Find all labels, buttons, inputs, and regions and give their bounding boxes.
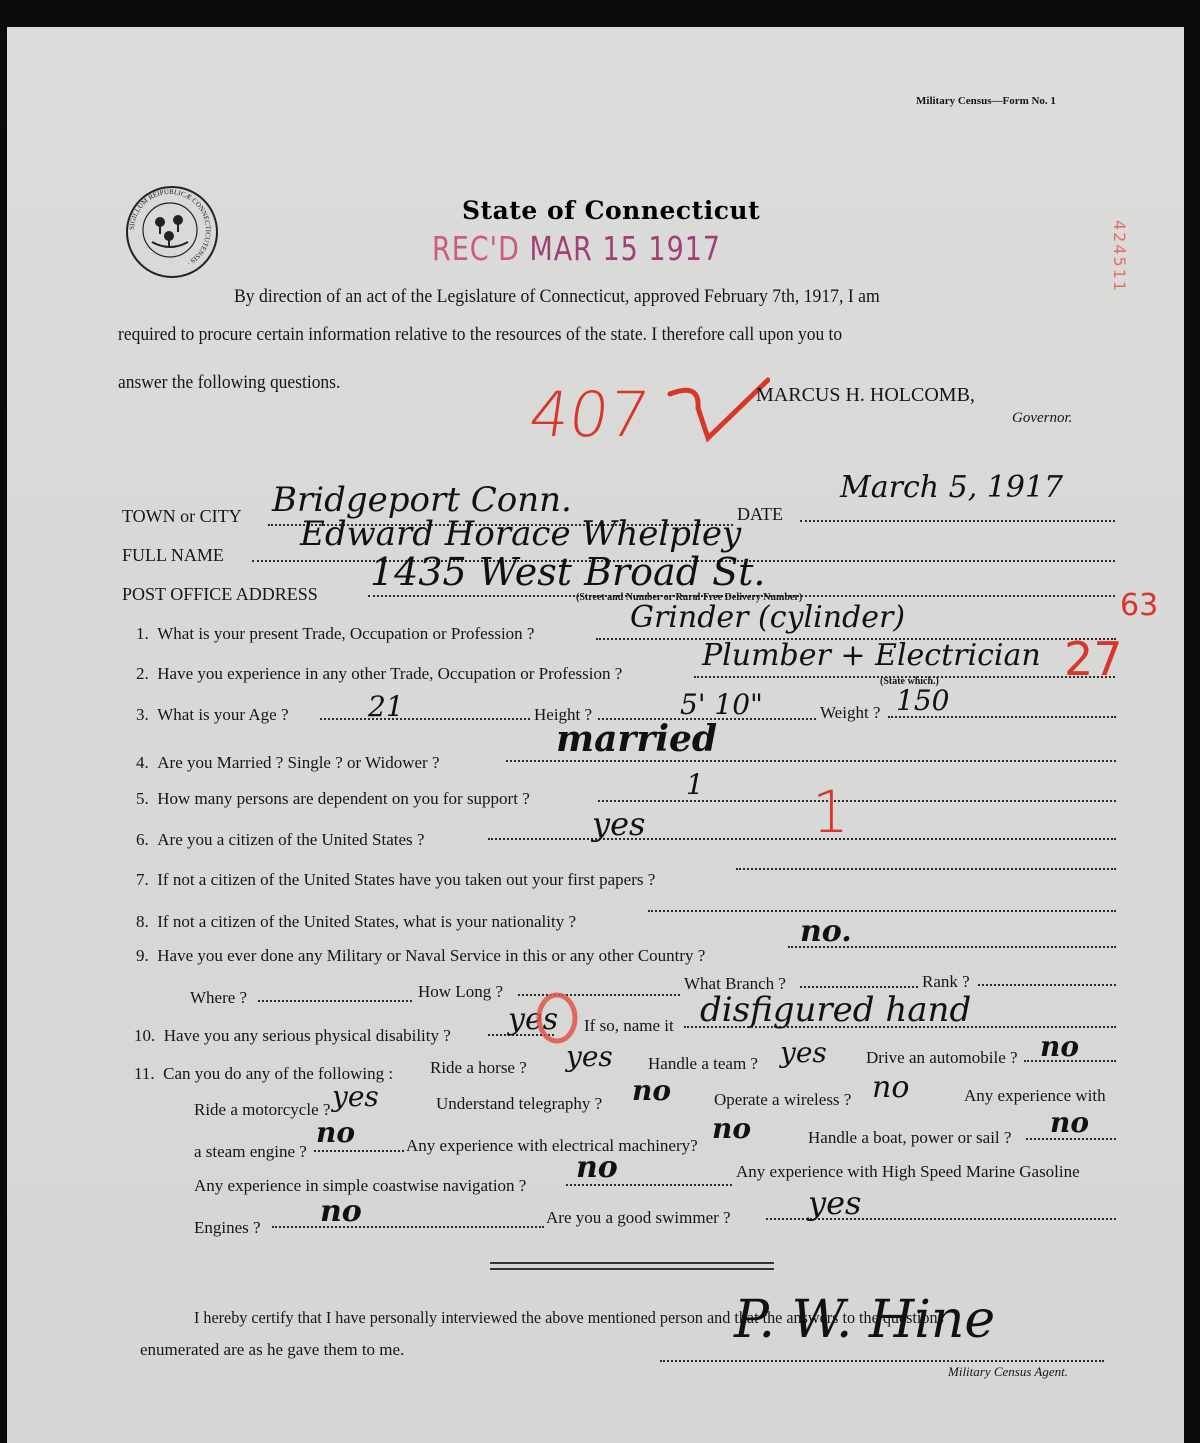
red-circle-mark-icon — [532, 990, 582, 1046]
wireless-field[interactable]: no — [872, 1070, 909, 1105]
ride-horse-field[interactable]: yes — [566, 1040, 613, 1073]
date-line — [800, 520, 1115, 522]
marine-engines-field[interactable]: no — [320, 1194, 362, 1229]
motorcycle-label: Ride a motorcycle ? — [194, 1100, 330, 1120]
q1-answer-field[interactable]: Grinder (cylinder) — [630, 600, 905, 635]
certification-line-2: enumerated are as he gave them to me. — [140, 1340, 404, 1360]
date-field[interactable]: March 5, 1917 — [840, 470, 1063, 505]
question-10: 10. Have you any serious physical disabi… — [134, 1026, 451, 1046]
disability-field[interactable]: disfigured hand — [700, 990, 971, 1030]
handle-team-field[interactable]: yes — [780, 1036, 827, 1069]
stamp-prefix: REC'D — [432, 230, 520, 269]
intro-line-3: answer the following questions. — [118, 372, 340, 394]
question-6: 6. Are you a citizen of the United State… — [136, 830, 424, 850]
rank-label: Rank ? — [922, 972, 970, 992]
divider-line-bottom — [490, 1268, 774, 1270]
state-seal-icon: SIGILLUM REIPUBLICÆ CONNECTICUTENSIS · — [126, 186, 218, 278]
marine-lead: Any experience with High Speed Marine Ga… — [736, 1162, 1080, 1182]
full-name-label: FULL NAME — [122, 545, 224, 566]
q8-line — [648, 910, 1116, 912]
age-line — [320, 718, 530, 720]
question-9: 9. Have you ever done any Military or Na… — [136, 946, 705, 966]
q5-answer-field[interactable]: 1 — [686, 768, 704, 801]
marine-engines-label: Engines ? — [194, 1218, 261, 1238]
handle-team-label: Handle a team ? — [648, 1054, 758, 1074]
swimmer-label: Are you a good swimmer ? — [546, 1208, 731, 1228]
q5-line — [598, 800, 1116, 802]
form-number: Military Census—Form No. 1 — [916, 95, 1056, 107]
how-long-label: How Long ? — [418, 982, 503, 1002]
state-title: State of Connecticut — [462, 196, 760, 225]
red-check-mark-icon — [660, 376, 770, 446]
question-2: 2. Have you experience in any other Trad… — [136, 664, 622, 684]
what-branch-field[interactable] — [800, 986, 918, 988]
ride-horse-label: Ride a horse ? — [430, 1058, 527, 1078]
telegraphy-field[interactable]: no — [632, 1074, 671, 1107]
boat-label: Handle a boat, power or sail ? — [808, 1128, 1011, 1148]
q5-red-mark: 1 — [812, 778, 849, 846]
q4-answer-field[interactable]: married — [556, 718, 717, 760]
height-field[interactable]: 5' 10" — [680, 688, 763, 721]
side-number-stamp: 424511 — [1110, 220, 1129, 293]
question-1: 1. What is your present Trade, Occupatio… — [136, 624, 534, 644]
boat-field[interactable]: no — [1050, 1106, 1089, 1139]
weight-field[interactable]: 150 — [896, 684, 949, 717]
age-field[interactable]: 21 — [368, 690, 404, 723]
question-3: 3. What is your Age ? — [136, 705, 289, 725]
agent-signature[interactable]: P. W. Hine — [734, 1290, 995, 1350]
question-4: 4. Are you Married ? Single ? or Widower… — [136, 753, 440, 773]
drive-auto-field[interactable]: no — [1040, 1030, 1079, 1063]
steam-experience-lead: Any experience with — [964, 1086, 1106, 1106]
weight-label: Weight ? — [820, 703, 880, 723]
question-7: 7. If not a citizen of the United States… — [136, 870, 655, 890]
intro-line-2: required to procure certain information … — [118, 324, 842, 346]
question-5: 5. How many persons are dependent on you… — [136, 789, 530, 809]
q2-answer-field[interactable]: Plumber + Electrician — [702, 638, 1041, 673]
electrical-label: Any experience with electrical machinery… — [406, 1136, 698, 1156]
navigation-field[interactable]: no — [576, 1150, 618, 1185]
electrical-field[interactable]: no — [712, 1112, 751, 1145]
steam-engine-label: a steam engine ? — [194, 1142, 307, 1162]
steam-engine-field[interactable]: no — [316, 1116, 355, 1149]
drive-auto-label: Drive an automobile ? — [866, 1048, 1018, 1068]
q2-red-code: 27 — [1064, 632, 1123, 686]
question-8: 8. If not a citizen of the United States… — [136, 912, 576, 932]
red-mark-number: 407 — [525, 378, 654, 451]
agent-label: Military Census Agent. — [948, 1364, 1068, 1380]
swimmer-field[interactable]: yes — [808, 1184, 861, 1222]
address-label: POST OFFICE ADDRESS — [122, 584, 318, 605]
address-field[interactable]: 1435 West Broad St. — [370, 550, 766, 594]
q1-red-code: 63 — [1120, 588, 1158, 623]
intro-line-1: By direction of an act of the Legislatur… — [234, 286, 880, 308]
q7-line — [736, 868, 1116, 870]
governor-title: Governor. — [1012, 410, 1072, 427]
full-name-field[interactable]: Edward Horace Whelpley — [300, 514, 741, 554]
where-field[interactable] — [258, 1000, 412, 1002]
telegraphy-label: Understand telegraphy ? — [436, 1094, 602, 1114]
signature-line — [660, 1360, 1104, 1362]
navigation-label: Any experience in simple coastwise navig… — [194, 1176, 526, 1196]
steam-line — [314, 1150, 404, 1152]
where-label: Where ? — [190, 988, 247, 1008]
motorcycle-field[interactable]: yes — [332, 1080, 379, 1113]
name-it-label: If so, name it — [584, 1016, 674, 1036]
wireless-label: Operate a wireless ? — [714, 1090, 851, 1110]
q9-answer-field[interactable]: no. — [800, 914, 852, 949]
governor-name: MARCUS H. HOLCOMB, — [756, 384, 975, 407]
q6-answer-field[interactable]: yes — [592, 805, 645, 843]
q6-line — [488, 838, 1116, 840]
divider-line-top — [490, 1262, 774, 1264]
svg-text:SIGILLUM REIPUBLICÆ CONNECTICU: SIGILLUM REIPUBLICÆ CONNECTICUTENSIS · — [128, 188, 212, 267]
received-stamp: REC'D MAR 15 1917 — [432, 230, 721, 269]
town-label: TOWN or CITY — [122, 506, 242, 527]
q4-line — [506, 760, 1116, 762]
marine-line — [272, 1226, 544, 1228]
stamp-date: MAR 15 1917 — [529, 230, 721, 269]
rank-field[interactable] — [978, 984, 1116, 986]
date-label: DATE — [737, 504, 783, 525]
